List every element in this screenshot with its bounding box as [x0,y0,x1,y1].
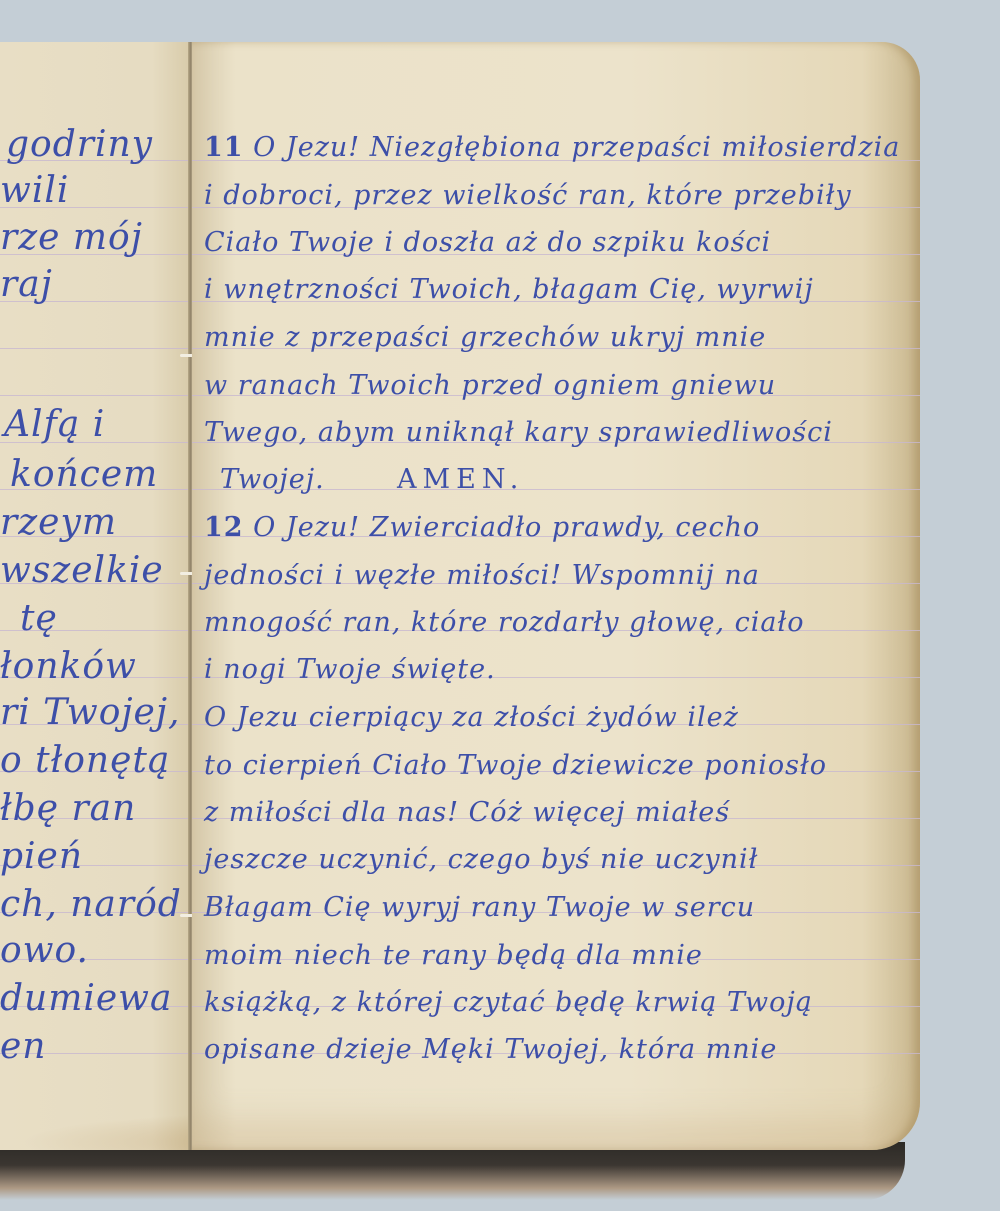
prayer-11-line: 11 O Jezu! Niezgłębiona przepaści miłosi… [204,132,900,163]
prayer-11-line: w ranach Twoich przed ogniem gniewu [204,370,776,401]
prayer-number: 12 [204,512,244,543]
handwritten-line: Alfą i [4,404,105,445]
prayer-text: O Jezu! Zwierciadło prawdy, cecho [253,512,760,543]
handwritten-line: godriny [6,124,153,165]
handwritten-line: wili [0,170,69,211]
left-page: godriny wili rze mój raj Alfą i końcem r… [0,42,190,1150]
handwritten-line: ch, naród [0,884,182,925]
prayer-11-line: mnie z przepaści grzechów ukryj mnie [204,322,766,353]
prayer-12-line: moim niech te rany będą dla mnie [204,940,703,971]
prayer-12-line: opisane dzieje Męki Twojej, która mnie [204,1034,777,1065]
prayer-12-line: jeszcze uczynić, czego byś nie uczynił [204,844,758,875]
prayer-12-line: O Jezu cierpiący za złości żydów ileż [204,702,739,733]
handwritten-line: wszelkie [0,550,164,591]
handwritten-line: rzeym [0,502,117,543]
amen-closing: AMEN. [397,464,524,495]
right-page: 11 O Jezu! Niezgłębiona przepaści miłosi… [192,42,920,1150]
prayer-12-line: i nogi Twoje święte. [204,654,496,685]
handwritten-line: tę [20,598,58,639]
handwritten-line: dumiewa [0,978,172,1019]
handwritten-line: rze mój [0,217,143,258]
prayer-number: 11 [204,132,244,163]
prayer-12-line: jedności i węzłe miłości! Wspomnij na [204,560,760,591]
handwritten-line: pień [0,836,83,877]
notebook-cover-edge [0,1142,905,1200]
prayer-11-line: Twego, abym uniknął kary sprawiedliwości [204,417,833,448]
handwritten-line: łbę ran [0,788,136,829]
prayer-11-line: Twojej. [220,464,325,495]
notebook: godriny wili rze mój raj Alfą i końcem r… [0,42,922,1152]
rule-line [0,395,190,396]
rule-line [0,348,190,349]
prayer-11-line: i dobroci, przez wielkość ran, które prz… [204,180,852,211]
handwritten-line: en [0,1026,47,1067]
handwritten-line: o tłonętą [0,740,170,781]
prayer-11-line: i wnętrzności Twoich, błagam Cię, wyrwij [204,274,814,305]
handwritten-line: owo. [0,930,89,971]
prayer-text: O Jezu! Niezgłębiona przepaści miłosierd… [253,132,900,163]
prayer-12-line: 12 O Jezu! Zwierciadło prawdy, cecho [204,512,760,543]
prayer-12-line: książką, z której czytać będę krwią Twoj… [204,987,813,1018]
prayer-12-line: to cierpień Ciało Twoje dziewicze ponios… [204,750,827,781]
prayer-11-line: Ciało Twoje i doszła aż do szpiku kości [204,227,771,258]
handwritten-line: raj [0,264,53,305]
prayer-12-line: mnogość ran, które rozdarły głowę, ciało [204,607,805,638]
handwritten-line: końcem [10,454,158,495]
prayer-12-line: Błagam Cię wyryj rany Twoje w sercu [204,892,755,923]
handwritten-line: ri Twojej, [0,692,180,733]
prayer-12-line: z miłości dla nas! Cóż więcej miałeś [204,797,730,828]
handwritten-line: łonków [0,646,137,687]
